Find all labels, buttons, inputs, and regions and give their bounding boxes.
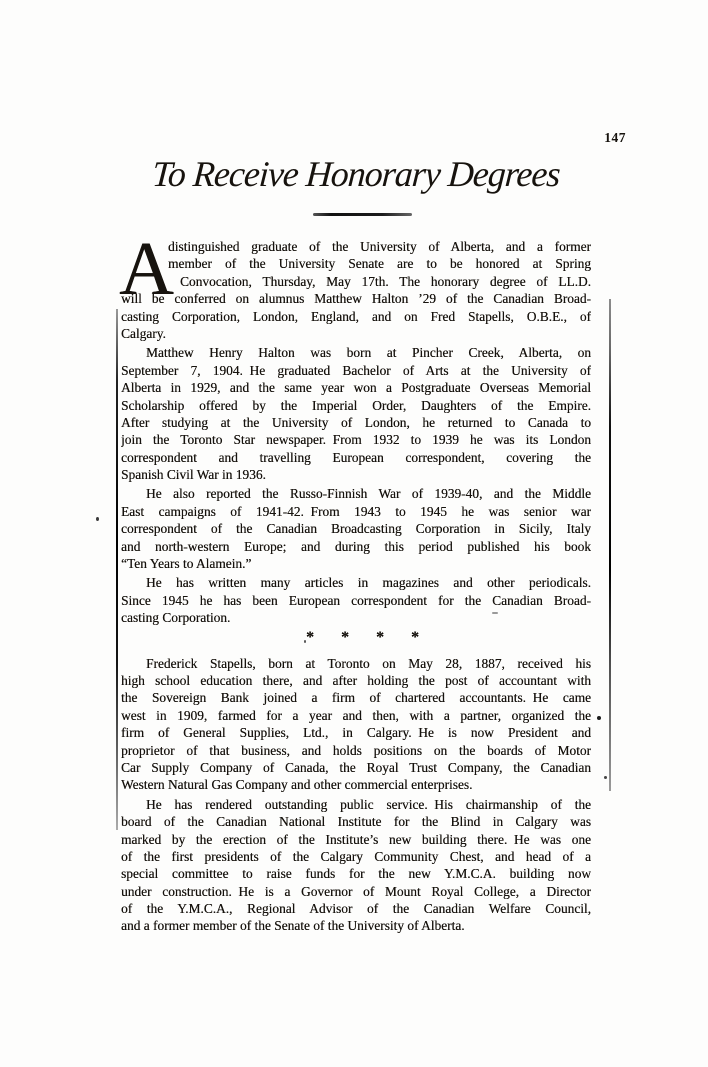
text-line: under construction. He is a Governor of … [121,883,591,900]
asterisk: * [341,629,349,646]
page-title: To Receive Honorary Degrees [119,146,593,202]
text-line: firm of General Supplies, Ltd., in Calga… [121,724,591,741]
text-line: board of the Canadian National Institute… [121,813,591,830]
article-text-column: distinguished graduate of the University… [121,238,591,935]
text-line: casting Corporation, London, England, an… [121,308,591,325]
scanned-page: 147 To Receive Honorary Degrees A distin… [0,0,708,1067]
scan-speck [604,776,607,779]
paragraph: Matthew Henry Halton was born at Pincher… [121,344,591,483]
text-line: Spanish Civil War in 1936. [121,466,591,483]
text-line: Car Supply Company of Canada, the Royal … [121,759,591,776]
text-line: of the first presidents of the Calgary C… [121,848,591,865]
text-line: Alberta in 1929, and the same year won a… [121,379,591,396]
text-line: west in 1909, farmed for a year and then… [121,707,591,724]
text-line: proprietor of that business, and holds p… [121,742,591,759]
paragraph: He also reported the Russo-Finnish War o… [121,485,591,572]
text-line: marked by the erection of the Institute’… [121,831,591,848]
asterisk: * [376,629,384,646]
asterisk-separator: **** [306,627,591,649]
scan-speck [304,640,306,643]
text-line: “Ten Years to Alamein.” [121,555,591,572]
scan-speck [597,716,601,720]
text-line: He has written many articles in magazine… [121,574,591,591]
text-line: Since 1945 he has been European correspo… [121,592,591,609]
text-line: high school education there, and after h… [121,672,591,689]
text-line: will be conferred on alumnus Matthew Hal… [121,290,591,307]
text-line: September 7, 1904. He graduated Bachelor… [121,362,591,379]
text-line: Calgary. [121,325,591,342]
scan-artifact-right-rule [609,299,611,791]
asterisk: * [306,629,314,646]
text-line: special committee to raise funds for the… [121,865,591,882]
text-line: Frederick Stapells, born at Toronto on M… [121,655,591,672]
text-line: Western Natural Gas Company and other co… [121,776,591,793]
paragraph: He has rendered outstanding public servi… [121,796,591,935]
paragraph: distinguished graduate of the University… [121,238,591,342]
scan-speck [96,517,99,521]
text-line: After studying at the University of Lond… [121,414,591,431]
text-line: East campaigns of 1941-42. From 1943 to … [121,503,591,520]
text-line: and a former member of the Senate of the… [121,917,591,934]
text-line: casting Corporation. [121,609,591,626]
text-line: distinguished graduate of the University… [121,238,591,255]
text-line: Matthew Henry Halton was born at Pincher… [121,344,591,361]
asterisk: * [411,629,419,646]
paragraph: Frederick Stapells, born at Toronto on M… [121,655,591,794]
text-line: member of the University Senate are to b… [121,255,591,272]
page-number: 147 [578,130,626,146]
scan-artifact-left-rule [116,309,118,830]
paragraph-group-1: distinguished graduate of the University… [121,238,591,627]
text-line: of the Y.M.C.A., Regional Advisor of the… [121,900,591,917]
text-line: correspondent and travelling European co… [121,449,591,466]
text-line: He also reported the Russo-Finnish War o… [121,485,591,502]
text-line: join the Toronto Star newspaper. From 19… [121,431,591,448]
text-line: the Sovereign Bank joined a firm of char… [121,689,591,706]
text-line: He has rendered outstanding public servi… [121,796,591,813]
text-line: and north-western Europe; and during thi… [121,538,591,555]
paragraph: He has written many articles in magazine… [121,574,591,626]
title-underline [313,213,412,216]
text-line: Convocation, Thursday, May 17th. The hon… [121,273,591,290]
paragraph-group-2: Frederick Stapells, born at Toronto on M… [121,655,591,935]
scan-speck [492,612,498,614]
text-line: correspondent of the Canadian Broadcasti… [121,520,591,537]
text-line: Scholarship offered by the Imperial Orde… [121,397,591,414]
